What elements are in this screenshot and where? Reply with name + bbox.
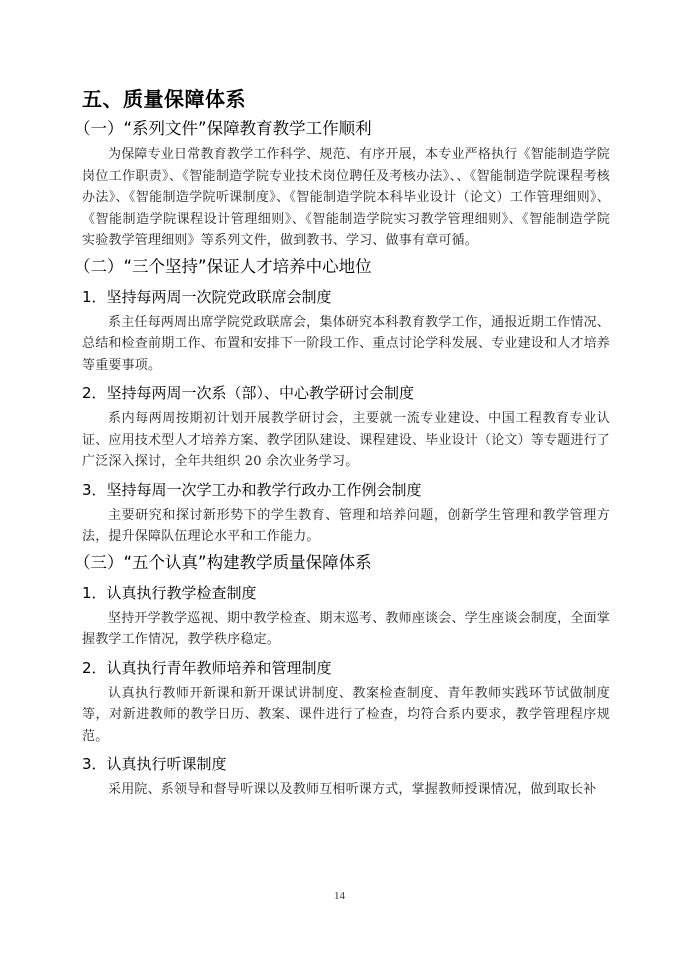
item-paragraph-3-1: 坚持开学教学巡视、期中教学检查、期末巡考、教师座谈会、学生座谈会制度，全面掌握教… (82, 608, 610, 651)
item-paragraph-3-2: 认真执行教师开新课和新开课试讲制度、教案检查制度、青年教师实践环节试做制度等，对… (82, 683, 610, 748)
item-paragraph-2-3: 主要研究和探讨新形势下的学生教育、管理和培养问题，创新学生管理和教学管理方法，提… (82, 505, 610, 548)
item-paragraph-3-3: 采用院、系领导和督导听课以及教师互相听课方式，掌握教师授课情况，做到取长补 (82, 779, 610, 801)
item-heading-2-1: 1．坚持每两周一次院党政联席会制度 (82, 284, 610, 310)
item-paragraph-2-1: 系主任每两周出席学院党政联席会，集体研究本科教育教学工作，通报近期工作情况、总结… (82, 312, 610, 377)
page-number: 14 (0, 890, 679, 902)
item-heading-3-3: 3．认真执行听课制度 (82, 751, 610, 777)
section-title: 五、质量保障体系 (82, 84, 610, 114)
item-heading-3-1: 1．认真执行教学检查制度 (82, 580, 610, 606)
subsection-heading-3: （三）“五个认真”构建教学质量保障体系 (74, 550, 610, 576)
subsection-paragraph-1: 为保障专业日常教育教学工作科学、规范、有序开展，本专业严格执行《智能制造学院岗位… (82, 144, 610, 252)
item-heading-2-3: 3．坚持每周一次学工办和教学行政办工作例会制度 (82, 477, 610, 503)
item-heading-2-2: 2．坚持每两周一次系（部）、中心教学研讨会制度 (82, 380, 610, 406)
item-heading-3-2: 2．认真执行青年教师培养和管理制度 (82, 655, 610, 681)
item-paragraph-2-2: 系内每两周按期初计划开展教学研讨会，主要就一流专业建设、中国工程教育专业认证、应… (82, 408, 610, 473)
document-page: 五、质量保障体系 （一）“系列文件”保障教育教学工作顺利 为保障专业日常教育教学… (82, 84, 610, 803)
subsection-heading-2: （二）“三个坚持”保证人才培养中心地位 (74, 254, 610, 280)
subsection-heading-1: （一）“系列文件”保障教育教学工作顺利 (74, 116, 610, 142)
